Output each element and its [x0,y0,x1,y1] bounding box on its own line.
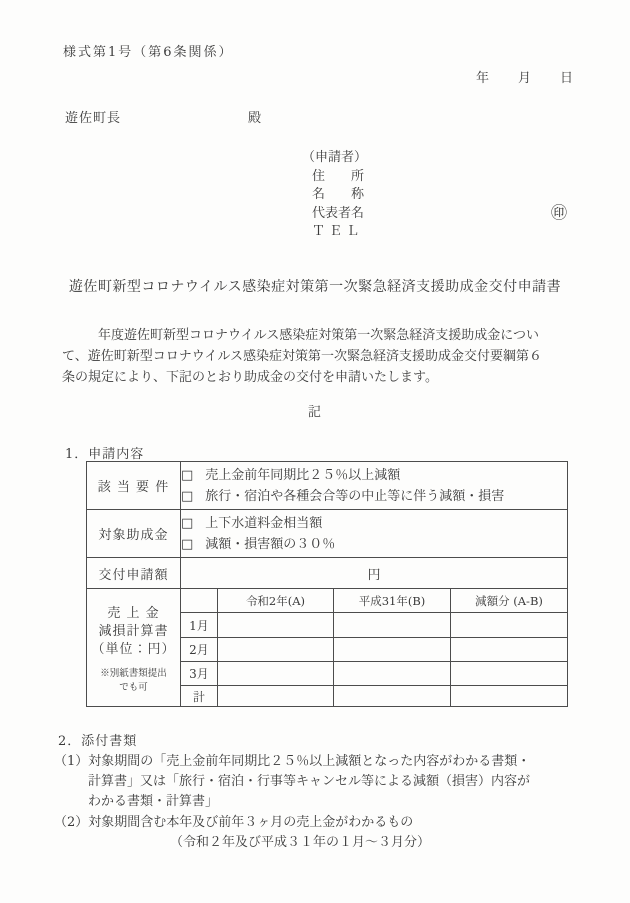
subsidy-label: 対象助成金 [87,510,181,558]
criteria-option-label: 売上金前年同期比２５％以上減額 [205,468,400,483]
application-table: 該 当 要 件 □売上金前年同期比２５％以上減額 □旅行・宿泊や各種会合等の中止… [86,461,568,707]
amount-cell [334,662,451,686]
column-header-reiwa2: 令和2年(A) [218,589,334,613]
subsidy-option-label: 上下水道料金相当額 [205,516,322,531]
sales-calc-label-line: （単位：円） [87,641,180,659]
month-label: 3月 [181,662,218,686]
subsidy-option-label: 減額・損害額の３０％ [205,537,335,552]
subsidy-option: □減額・損害額の３０％ [181,534,567,555]
attachment-line: わかる書類・計算書」 [88,790,218,809]
checkbox-icon: □ [181,486,193,507]
application-amount-label: 交付申請額 [87,558,181,589]
sales-calc-label: 売 上 金 減損計算書 （単位：円） ※別紙書類提出 でも可 [87,589,181,707]
date-line: 年 月 日 [476,67,574,86]
sales-calc-label-line: 減損計算書 [87,623,180,641]
seal-icon: ㊞ [551,200,567,223]
amount-cell [218,613,334,638]
sales-calc-note-line: でも可 [87,681,180,695]
criteria-option: □旅行・宿泊や各種会合等の中止等に伴う減額・損害 [181,486,567,507]
applicant-tel-label: Ｔ Ｅ Ｌ [312,220,359,239]
column-header-heisei31: 平成31年(B) [334,589,451,613]
body-line: て、遊佐町新型コロナウイルス感染症対策第一次緊急経済支援助成金交付要綱第６ [62,346,574,367]
amount-cell [334,613,451,638]
amount-cell [334,638,451,662]
column-header-difference: 減額分 (A-B) [451,589,568,613]
section1-heading: 1．申請内容 [65,443,144,462]
sales-calc-label-line: 売 上 金 [87,605,180,623]
amount-cell [451,686,568,707]
corner-cell [181,589,218,613]
addressee-honorific: 殿 [248,107,261,126]
amount-cell [451,662,568,686]
body-line: 条の規定により、下記のとおり助成金の交付を申請いたします。 [62,367,574,388]
month-label: 2月 [181,638,218,662]
total-label: 計 [181,686,218,707]
criteria-option-label: 旅行・宿泊や各種会合等の中止等に伴う減額・損害 [205,489,504,504]
attachment-line: （2）対象期間含む本年及び前年３ヶ月の売上金がわかるもの [54,811,413,830]
applicant-address-label: 住 所 [312,165,364,184]
addressee: 遊佐町長 [65,107,121,126]
attachment-line: （令和２年及び平成３１年の１月～３月分） [170,831,430,850]
subsidy-option: □上下水道料金相当額 [181,513,567,534]
section2-heading: 2．添付書類 [58,730,137,749]
amount-cell [218,662,334,686]
body-line: 年度遊佐町新型コロナウイルス感染症対策第一次緊急経済支援助成金につい [62,325,574,346]
checkbox-icon: □ [181,513,193,534]
page-title: 遊佐町新型コロナウイルス感染症対策第一次緊急経済支援助成金交付申請書 [0,276,630,296]
subsidy-options: □上下水道料金相当額 □減額・損害額の３０％ [181,510,568,558]
amount-cell [451,613,568,638]
application-amount-cell: 円 [181,558,568,589]
table-row: 該 当 要 件 □売上金前年同期比２５％以上減額 □旅行・宿泊や各種会合等の中止… [87,462,568,510]
checkbox-icon: □ [181,465,193,486]
table-row: 対象助成金 □上下水道料金相当額 □減額・損害額の３０％ [87,510,568,558]
applicant-heading: （申請者） [302,146,367,165]
month-label: 1月 [181,613,218,638]
attachment-line: 計算書」又は「旅行・宿泊・行事等キャンセル等による減額（損害）内容が [88,770,530,789]
ki-marker: 記 [0,401,630,420]
table-row: 交付申請額 円 [87,558,568,589]
amount-cell [218,686,334,707]
document-page: 様式第1号（第6条関係） 年 月 日 遊佐町長 殿 （申請者） 住 所 名 称 … [0,0,630,903]
amount-cell [334,686,451,707]
criteria-options: □売上金前年同期比２５％以上減額 □旅行・宿泊や各種会合等の中止等に伴う減額・損… [181,462,568,510]
criteria-label: 該 当 要 件 [87,462,181,510]
amount-cell [451,638,568,662]
attachment-line: （1）対象期間の「売上金前年同期比２５％以上減額となった内容がわかる書類・ [54,750,530,769]
form-number: 様式第1号（第6条関係） [63,41,234,60]
amount-cell [218,638,334,662]
criteria-option: □売上金前年同期比２５％以上減額 [181,465,567,486]
checkbox-icon: □ [181,534,193,555]
applicant-name-label: 名 称 [312,183,364,202]
body-paragraph: 年度遊佐町新型コロナウイルス感染症対策第一次緊急経済支援助成金につい て、遊佐町… [62,325,574,388]
table-row: 売 上 金 減損計算書 （単位：円） ※別紙書類提出 でも可 令和2年(A) 平… [87,589,568,613]
applicant-representative-label: 代表者名 [312,202,364,221]
sales-calc-note-line: ※別紙書類提出 [87,667,180,681]
